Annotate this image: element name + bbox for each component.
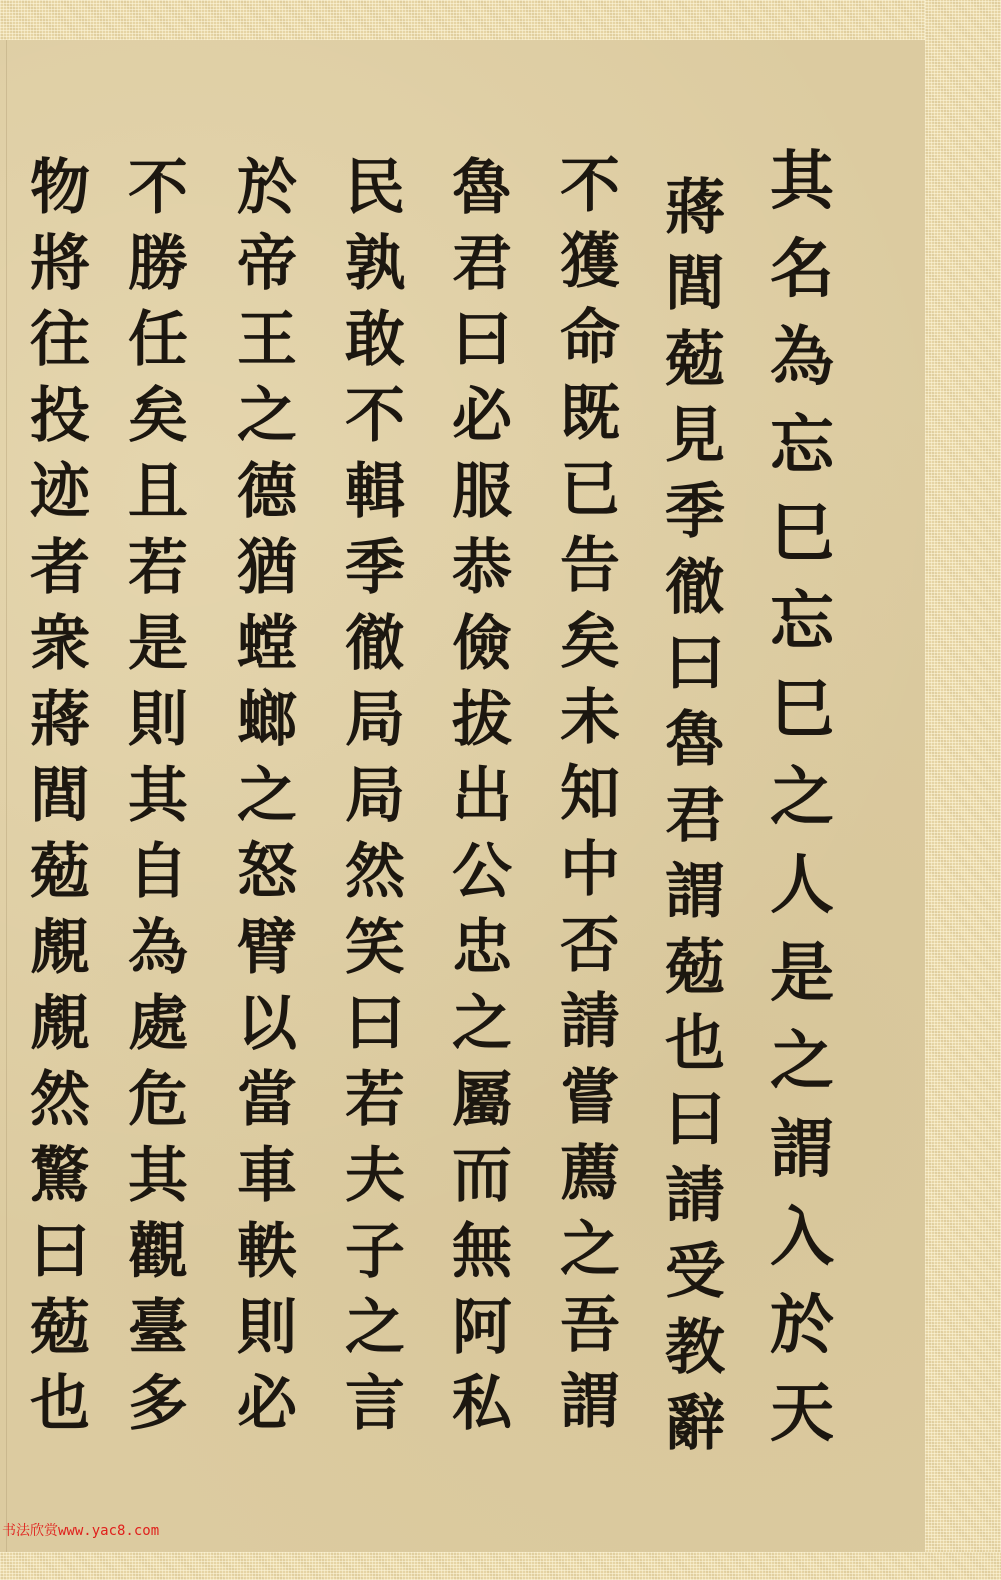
- calligraphy-character: 閭: [10, 758, 110, 834]
- calligraphy-character: 之: [432, 986, 532, 1062]
- calligraphy-character: 閭: [645, 246, 745, 322]
- calligraphy-character: 拔: [432, 682, 532, 758]
- calligraphy-character: 薦: [540, 1136, 640, 1212]
- calligraphy-character: 螂: [217, 682, 317, 758]
- calligraphy-character: 矣: [540, 604, 640, 680]
- calligraphy-character: 往: [10, 302, 110, 378]
- calligraphy-character: 投: [10, 378, 110, 454]
- calligraphy-character: 阿: [432, 1290, 532, 1366]
- calligraphy-character: 則: [217, 1290, 317, 1366]
- calligraphy-character: 葂: [10, 1290, 110, 1366]
- calligraphy-character: 若: [325, 1062, 425, 1138]
- calligraphy-character: 請: [540, 984, 640, 1060]
- calligraphy-character: 觀: [108, 1214, 208, 1290]
- calligraphy-character: 局: [325, 682, 425, 758]
- calligraphy-character: 教: [645, 1310, 745, 1386]
- calligraphy-character: 驚: [10, 1138, 110, 1214]
- calligraphy-character: 勝: [108, 226, 208, 302]
- text-column-3: 不獲命既已告矣未知中否請嘗薦之吾謂: [540, 148, 640, 1440]
- text-column-4: 魯君曰必服恭儉拔出公忠之屬而無阿私: [432, 150, 532, 1442]
- calligraphy-character: 危: [108, 1062, 208, 1138]
- calligraphy-character: 季: [325, 530, 425, 606]
- calligraphy-character: 名: [752, 226, 852, 314]
- calligraphy-character: 孰: [325, 226, 425, 302]
- calligraphy-character: 人: [752, 842, 852, 930]
- calligraphy-character: 其: [752, 138, 852, 226]
- silk-border-bottom: [0, 1552, 1001, 1580]
- calligraphy-character: 葂: [10, 834, 110, 910]
- calligraphy-character: 衆: [10, 606, 110, 682]
- calligraphy-character: 告: [540, 528, 640, 604]
- calligraphy-character: 當: [217, 1062, 317, 1138]
- site-watermark: 书法欣赏www.yac8.com: [2, 1520, 159, 1540]
- calligraphy-character: 怒: [217, 834, 317, 910]
- calligraphy-character: 言: [325, 1366, 425, 1442]
- calligraphy-character: 已: [540, 452, 640, 528]
- calligraphy-character: 葂: [645, 930, 745, 1006]
- calligraphy-character: 於: [752, 1282, 852, 1370]
- calligraphy-character: 笑: [325, 910, 425, 986]
- calligraphy-character: 見: [645, 398, 745, 474]
- calligraphy-character: 車: [217, 1138, 317, 1214]
- calligraphy-character: 巳: [752, 490, 852, 578]
- calligraphy-character: 否: [540, 908, 640, 984]
- calligraphy-character: 自: [108, 834, 208, 910]
- calligraphy-character: 王: [217, 302, 317, 378]
- calligraphy-character: 物: [10, 150, 110, 226]
- calligraphy-character: 之: [217, 378, 317, 454]
- calligraphy-character: 曰: [432, 302, 532, 378]
- calligraphy-character: 猶: [217, 530, 317, 606]
- calligraphy-character: 覤: [10, 910, 110, 986]
- calligraphy-character: 敢: [325, 302, 425, 378]
- calligraphy-character: 巳: [752, 666, 852, 754]
- text-column-5: 民孰敢不輯季徹局局然笑曰若夫子之言: [325, 150, 425, 1442]
- calligraphy-character: 知: [540, 756, 640, 832]
- calligraphy-character: 獲: [540, 224, 640, 300]
- paper-fold-line: [6, 40, 7, 1552]
- calligraphy-character: 必: [432, 378, 532, 454]
- calligraphy-character: 其: [108, 758, 208, 834]
- calligraphy-character: 吾: [540, 1288, 640, 1364]
- calligraphy-character: 辭: [645, 1386, 745, 1462]
- calligraphy-character: 螳: [217, 606, 317, 682]
- calligraphy-character: 之: [217, 758, 317, 834]
- calligraphy-character: 臺: [108, 1290, 208, 1366]
- calligraphy-character: 屬: [432, 1062, 532, 1138]
- calligraphy-character: 輯: [325, 454, 425, 530]
- calligraphy-character: 請: [645, 1158, 745, 1234]
- calligraphy-character: 其: [108, 1138, 208, 1214]
- calligraphy-character: 不: [325, 378, 425, 454]
- text-column-6: 於帝王之德猶螳螂之怒臂以當車軼則必: [217, 150, 317, 1442]
- calligraphy-character: 忘: [752, 578, 852, 666]
- calligraphy-character: 迹: [10, 454, 110, 530]
- calligraphy-character: 則: [108, 682, 208, 758]
- calligraphy-character: 謂: [752, 1106, 852, 1194]
- calligraphy-character: 忠: [432, 910, 532, 986]
- calligraphy-character: 嘗: [540, 1060, 640, 1136]
- calligraphy-character: 君: [645, 778, 745, 854]
- calligraphy-character: 徹: [645, 550, 745, 626]
- calligraphy-character: 君: [432, 226, 532, 302]
- calligraphy-character: 蔣: [645, 170, 745, 246]
- text-column-8: 物將往投迹者衆蔣閭葂覤覤然驚曰葂也: [10, 150, 110, 1442]
- calligraphy-character: 然: [325, 834, 425, 910]
- calligraphy-character: 恭: [432, 530, 532, 606]
- calligraphy-character: 者: [10, 530, 110, 606]
- text-column-2: 蔣閭葂見季徹曰魯君謂葂也曰請受教辭: [645, 170, 745, 1462]
- calligraphy-character: 不: [108, 150, 208, 226]
- calligraphy-character: 曰: [325, 986, 425, 1062]
- calligraphy-character: 為: [752, 314, 852, 402]
- calligraphy-character: 局: [325, 758, 425, 834]
- calligraphy-character: 私: [432, 1366, 532, 1442]
- calligraphy-character: 謂: [540, 1364, 640, 1440]
- calligraphy-character: 夫: [325, 1138, 425, 1214]
- silk-border-top: [0, 0, 1001, 40]
- calligraphy-character: 服: [432, 454, 532, 530]
- calligraphy-character: 而: [432, 1138, 532, 1214]
- calligraphy-character: 中: [540, 832, 640, 908]
- calligraphy-character: 多: [108, 1366, 208, 1442]
- calligraphy-character: 臂: [217, 910, 317, 986]
- calligraphy-character: 之: [752, 1018, 852, 1106]
- calligraphy-character: 也: [10, 1366, 110, 1442]
- calligraphy-character: 天: [752, 1370, 852, 1458]
- calligraphy-character: 受: [645, 1234, 745, 1310]
- calligraphy-character: 民: [325, 150, 425, 226]
- calligraphy-character: 矣: [108, 378, 208, 454]
- silk-border-right: [925, 0, 1001, 1580]
- calligraphy-character: 無: [432, 1214, 532, 1290]
- calligraphy-character: 子: [325, 1214, 425, 1290]
- calligraphy-character: 不: [540, 148, 640, 224]
- calligraphy-character: 魯: [432, 150, 532, 226]
- calligraphy-character: 入: [752, 1194, 852, 1282]
- calligraphy-character: 魯: [645, 702, 745, 778]
- calligraphy-character: 也: [645, 1006, 745, 1082]
- calligraphy-character: 公: [432, 834, 532, 910]
- calligraphy-character: 出: [432, 758, 532, 834]
- calligraphy-character: 處: [108, 986, 208, 1062]
- calligraphy-character: 忘: [752, 402, 852, 490]
- calligraphy-character: 且: [108, 454, 208, 530]
- calligraphy-character: 既: [540, 376, 640, 452]
- calligraphy-character: 季: [645, 474, 745, 550]
- calligraphy-character: 將: [10, 226, 110, 302]
- calligraphy-character: 未: [540, 680, 640, 756]
- calligraphy-character: 葂: [645, 322, 745, 398]
- calligraphy-character: 覤: [10, 986, 110, 1062]
- calligraphy-character: 以: [217, 986, 317, 1062]
- calligraphy-character: 任: [108, 302, 208, 378]
- calligraphy-character: 於: [217, 150, 317, 226]
- calligraphy-character: 曰: [645, 626, 745, 702]
- calligraphy-character: 之: [540, 1212, 640, 1288]
- calligraphy-character: 曰: [10, 1214, 110, 1290]
- calligraphy-character: 是: [108, 606, 208, 682]
- calligraphy-character: 命: [540, 300, 640, 376]
- calligraphy-character: 然: [10, 1062, 110, 1138]
- calligraphy-character: 謂: [645, 854, 745, 930]
- calligraphy-character: 為: [108, 910, 208, 986]
- calligraphy-character: 曰: [645, 1082, 745, 1158]
- calligraphy-character: 德: [217, 454, 317, 530]
- calligraphy-character: 若: [108, 530, 208, 606]
- calligraphy-character: 儉: [432, 606, 532, 682]
- text-column-7: 不勝任矣且若是則其自為處危其觀臺多: [108, 150, 208, 1442]
- calligraphy-character: 徹: [325, 606, 425, 682]
- calligraphy-character: 軼: [217, 1214, 317, 1290]
- text-column-1: 其名為忘巳忘巳之人是之謂入於天: [752, 138, 852, 1458]
- calligraphy-character: 蔣: [10, 682, 110, 758]
- calligraphy-character: 是: [752, 930, 852, 1018]
- calligraphy-character: 之: [325, 1290, 425, 1366]
- calligraphy-character: 帝: [217, 226, 317, 302]
- calligraphy-character: 必: [217, 1366, 317, 1442]
- calligraphy-character: 之: [752, 754, 852, 842]
